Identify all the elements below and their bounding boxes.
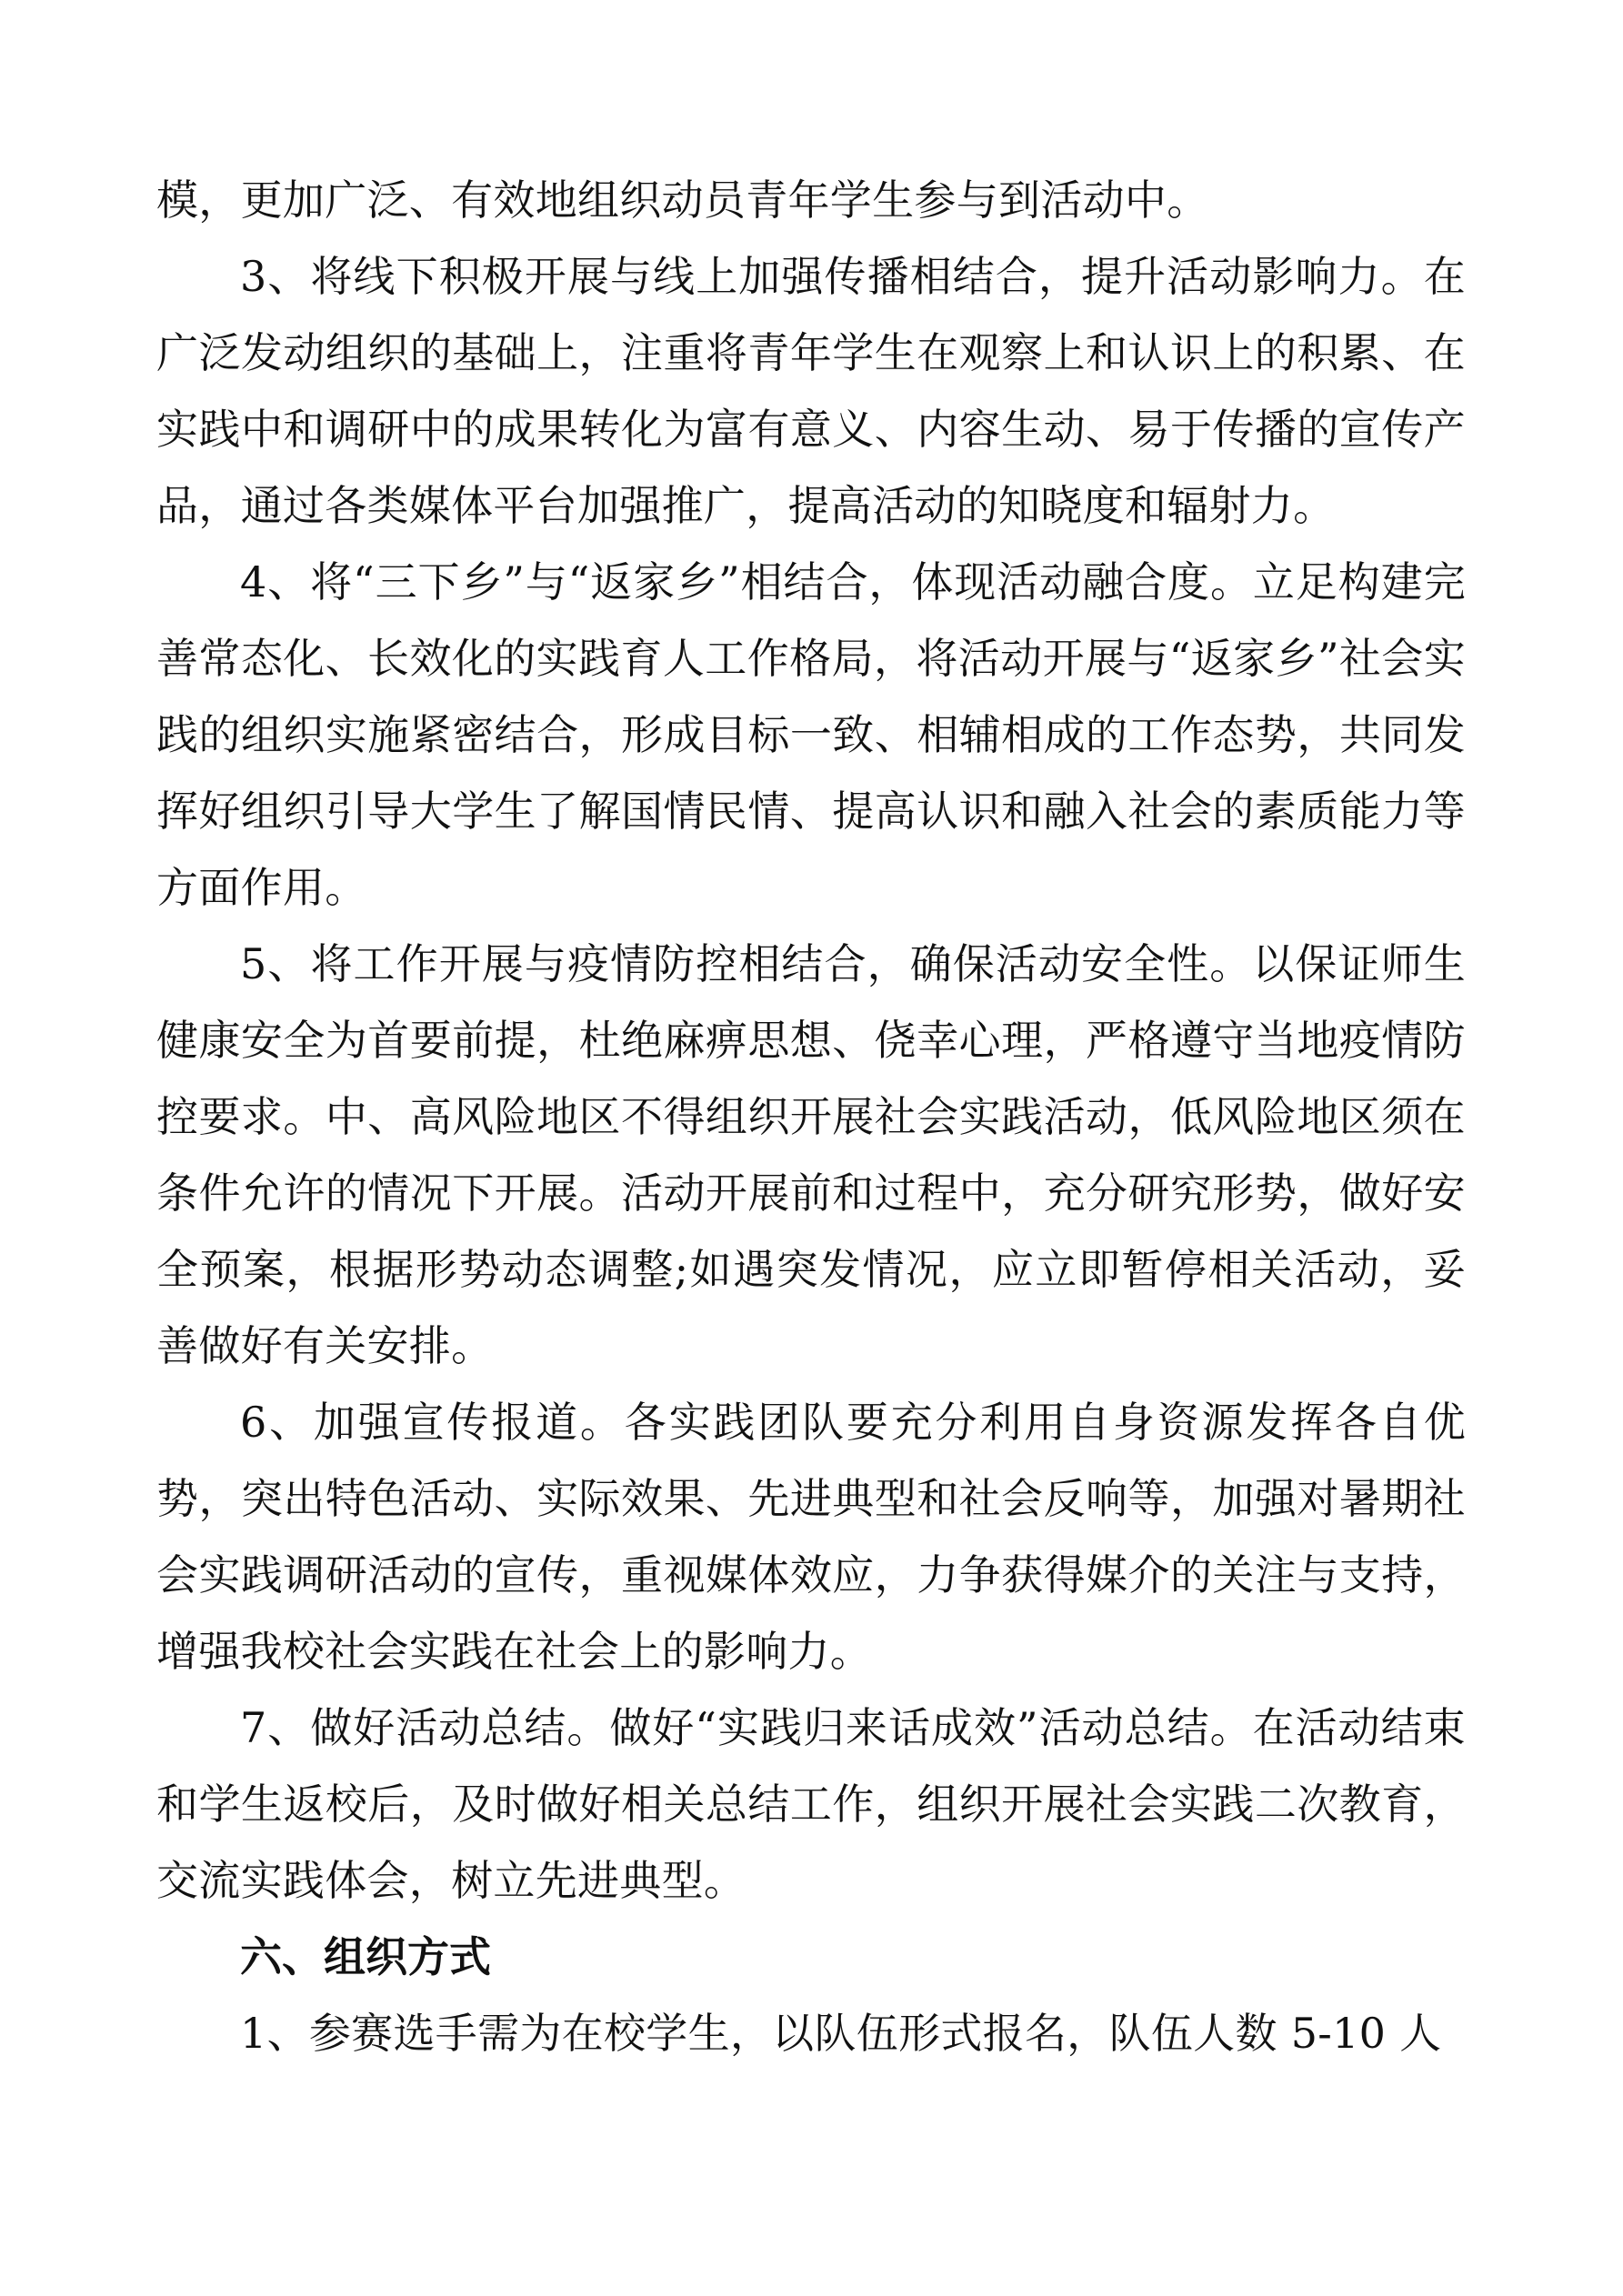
document-page: 模，更加广泛、有效地组织动员青年学生参与到活动中。 3、将线下积极开展与线上加强… [156, 162, 1466, 2071]
paragraph-item-7: 7、做好活动总结。做好“实践归来话成效”活动总结。在活动结束和学生返校后，及时做… [156, 1689, 1466, 1919]
paragraph-item-6: 6、加强宣传报道。各实践团队要充分利用自身资源发挥各自优势，突出特色活动、实际效… [156, 1384, 1466, 1689]
paragraph-item-4: 4、将“三下乡”与“返家乡”相结合，体现活动融合度。立足构建完善常态化、长效化的… [156, 544, 1466, 926]
section-heading-organization: 六、组织方式 [156, 1919, 1466, 1995]
paragraph-item-5: 5、将工作开展与疫情防控相结合，确保活动安全性。以保证师生健康安全为首要前提，杜… [156, 926, 1466, 1384]
paragraph-continuation: 模，更加广泛、有效地组织动员青年学生参与到活动中。 [156, 162, 1466, 238]
paragraph-org-item-1: 1、参赛选手需为在校学生，以队伍形式报名，队伍人数 5-10 人 [156, 1995, 1466, 2071]
paragraph-item-3: 3、将线下积极开展与线上加强传播相结合，提升活动影响力。在广泛发动组织的基础上，… [156, 238, 1466, 544]
